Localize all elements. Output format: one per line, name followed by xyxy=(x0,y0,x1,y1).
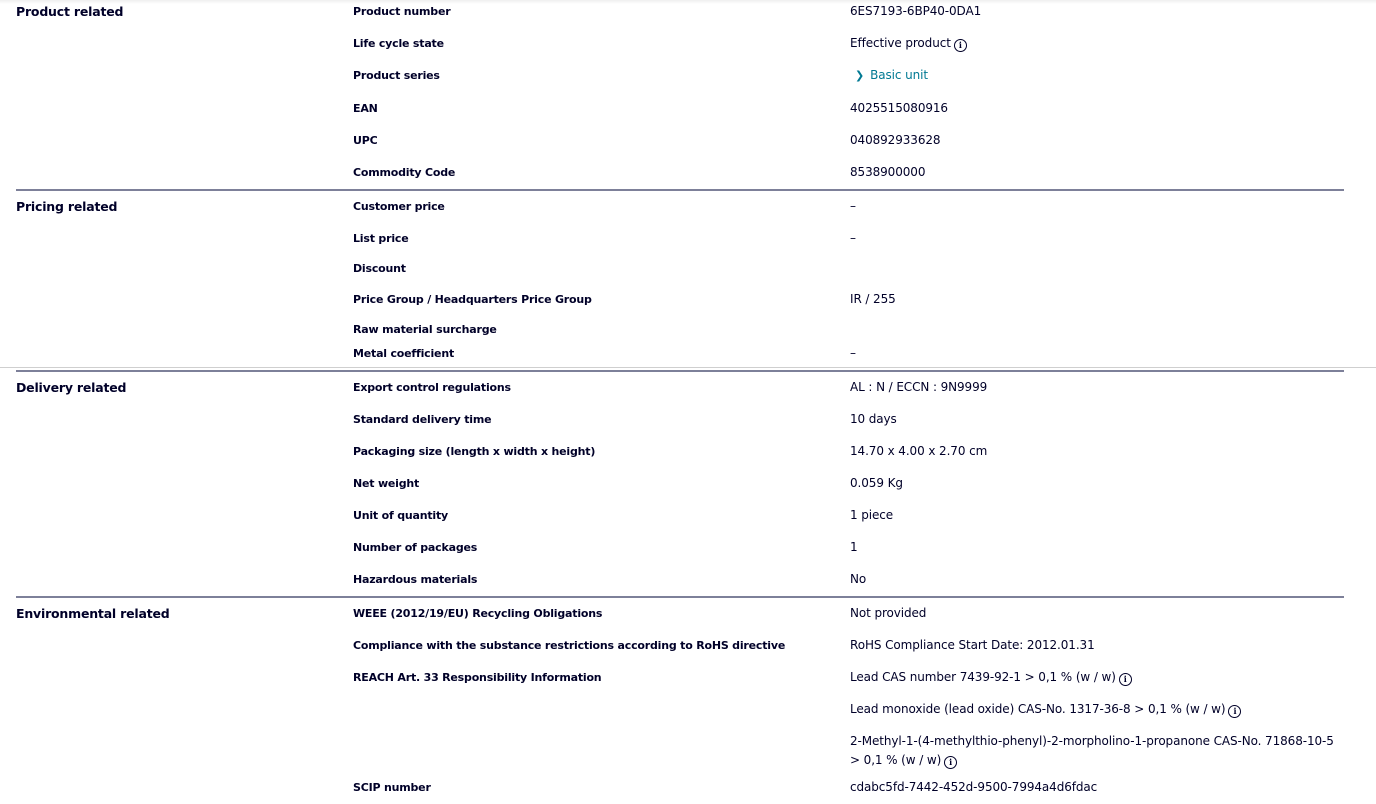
row-label: Standard delivery time xyxy=(353,413,491,426)
row-value: 040892933628 xyxy=(850,131,1344,150)
reach-item-text: 2-Methyl-1-(4-methylthio-phenyl)-2-morph… xyxy=(850,734,1334,767)
section-title: Environmental related xyxy=(16,606,170,621)
row-value: 14.70 x 4.00 x 2.70 cm xyxy=(850,442,1344,461)
row-label: Compliance with the substance restrictio… xyxy=(353,639,785,652)
reach-item: 2-Methyl-1-(4-methylthio-phenyl)-2-morph… xyxy=(850,732,1344,770)
reach-item-text: Lead CAS number 7439-92-1 > 0,1 % (w / w… xyxy=(850,670,1116,684)
row-label: Discount xyxy=(353,262,406,275)
row-value: 8538900000 xyxy=(850,163,1344,182)
row-value: ❯Basic unit xyxy=(850,66,1344,85)
row-value: 6ES7193-6BP40-0DA1 xyxy=(850,2,1344,21)
row-label: Price Group / Headquarters Price Group xyxy=(353,293,592,306)
section-environmental-related: Environmental related WEEE (2012/19/EU) … xyxy=(16,598,1344,804)
row-value: RoHS Compliance Start Date: 2012.01.31 xyxy=(850,636,1344,655)
row-label: Export control regulations xyxy=(353,381,511,394)
row-value: Effective producti xyxy=(850,34,1344,53)
row-value: Not provided xyxy=(850,604,1344,623)
row-value: AL : N / ECCN : 9N9999 xyxy=(850,378,1344,397)
row-value: cdabc5fd-7442-452d-9500-7994a4d6fdac xyxy=(850,778,1344,797)
row-label: Product number xyxy=(353,5,450,18)
row-label: Raw material surcharge xyxy=(353,323,497,336)
info-icon[interactable]: i xyxy=(954,39,967,52)
reach-item-text: Lead monoxide (lead oxide) CAS-No. 1317-… xyxy=(850,702,1225,716)
row-label: Unit of quantity xyxy=(353,509,448,522)
row-label: UPC xyxy=(353,134,377,147)
section-title: Delivery related xyxy=(16,380,126,395)
row-label: Packaging size (length x width x height) xyxy=(353,445,595,458)
row-label: Metal coefficient xyxy=(353,347,454,360)
reach-item: Lead monoxide (lead oxide) CAS-No. 1317-… xyxy=(850,700,1344,719)
link-label: Basic unit xyxy=(870,68,928,82)
row-value: 0.059 Kg xyxy=(850,474,1344,493)
section-pricing-related: Pricing related Customer price – List pr… xyxy=(16,191,1344,372)
row-label: Product series xyxy=(353,69,440,82)
row-value: IR / 255 xyxy=(850,290,1344,309)
row-label: Number of packages xyxy=(353,541,477,554)
row-label: Net weight xyxy=(353,477,419,490)
row-value: No xyxy=(850,570,1344,589)
info-icon[interactable]: i xyxy=(1228,705,1241,718)
row-label: List price xyxy=(353,232,408,245)
row-label: Hazardous materials xyxy=(353,573,477,586)
product-details-table: Product related Product number 6ES7193-6… xyxy=(16,0,1344,804)
row-label: EAN xyxy=(353,102,378,115)
row-value: 1 piece xyxy=(850,506,1344,525)
row-label: SCIP number xyxy=(353,781,431,794)
row-label: Life cycle state xyxy=(353,37,444,50)
row-value: – xyxy=(850,197,1344,216)
section-product-related: Product related Product number 6ES7193-6… xyxy=(16,0,1344,191)
section-title: Pricing related xyxy=(16,199,117,214)
row-label: REACH Art. 33 Responsibility Information xyxy=(353,671,601,684)
section-title: Product related xyxy=(16,4,123,19)
info-icon[interactable]: i xyxy=(1119,673,1132,686)
chevron-right-icon: ❯ xyxy=(855,66,864,85)
product-series-link[interactable]: ❯Basic unit xyxy=(850,68,928,82)
reach-item: Lead CAS number 7439-92-1 > 0,1 % (w / w… xyxy=(850,668,1344,687)
section-delivery-related: Delivery related Export control regulati… xyxy=(16,372,1344,598)
row-label: WEEE (2012/19/EU) Recycling Obligations xyxy=(353,607,602,620)
row-label: Commodity Code xyxy=(353,166,455,179)
row-value: – xyxy=(850,344,1344,363)
row-value: 4025515080916 xyxy=(850,99,1344,118)
row-label: Customer price xyxy=(353,200,445,213)
info-icon[interactable]: i xyxy=(944,756,957,769)
row-value: Lead CAS number 7439-92-1 > 0,1 % (w / w… xyxy=(850,668,1344,770)
row-value: – xyxy=(850,229,1344,248)
row-value: 1 xyxy=(850,538,1344,557)
row-value: 10 days xyxy=(850,410,1344,429)
life-cycle-value: Effective product xyxy=(850,36,951,50)
